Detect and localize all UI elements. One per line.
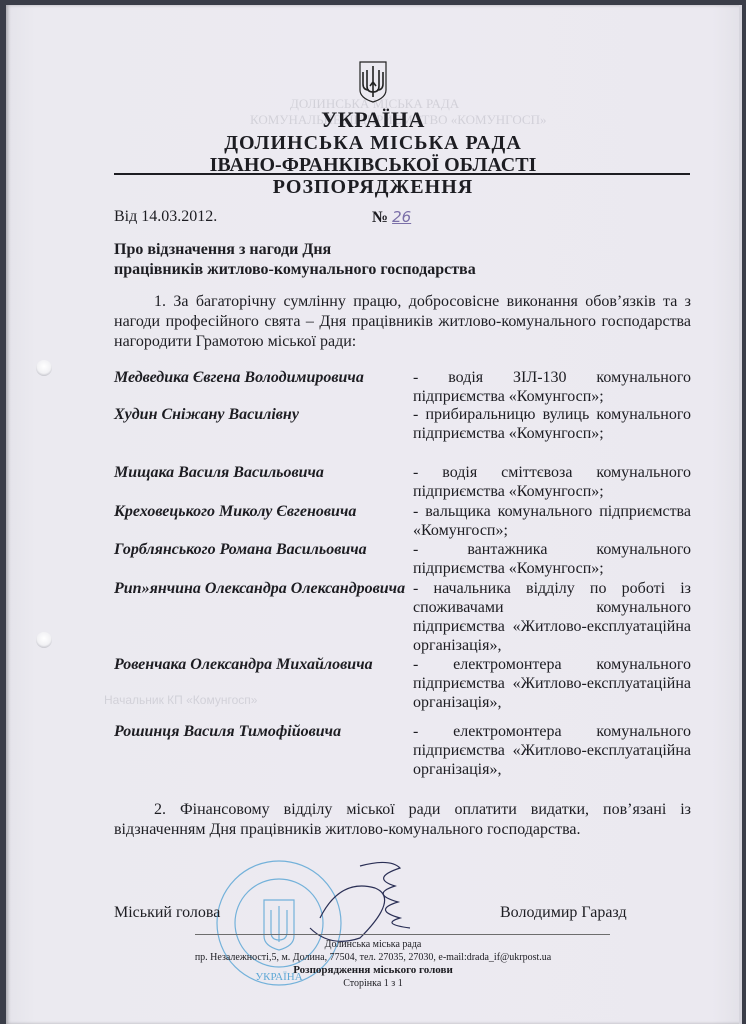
awardee-role: - вальщика комунального підприємства «Ко… (413, 502, 691, 540)
council-title: ДОЛИНСЬКА МІСЬКА РАДА (0, 132, 746, 154)
footer-doc-title: Розпорядження міського голови (0, 964, 746, 977)
awardee-name: Креховецького Миколу Євгеновича (114, 502, 356, 521)
paragraph-1: 1. За багаторічну сумлінну працю, доброс… (114, 292, 691, 352)
awardee-name: Рошинця Василя Тимофійовича (114, 722, 341, 741)
awardee-role: - прибиральницю вулиць комунального підп… (413, 405, 691, 443)
subject-line: працівників житлово-комунального господа… (114, 260, 476, 280)
document-subject: Про відзначення з нагоди Дня працівників… (114, 240, 476, 280)
awardee-role: - вантажника комунального підприємства «… (413, 540, 691, 578)
awardee-name: Медведика Євгена Володимировича (114, 368, 364, 387)
document-number: №26 (372, 208, 411, 227)
awardee-role: - електромонтера комунального підприємст… (413, 722, 691, 779)
awardee-role: - начальника відділу по роботі із спожив… (413, 579, 691, 655)
footer-org: Долинська міська рада (0, 938, 746, 951)
punch-hole-icon (36, 632, 52, 648)
signatory-title: Міський голова (114, 904, 220, 922)
paragraph-1-text: 1. За багаторічну сумлінну працю, доброс… (114, 293, 691, 350)
awardee-name: Рип»янчина Олександра Олександровича (114, 579, 405, 598)
awardee-role: - водія ЗІЛ-130 комунального підприємств… (413, 368, 691, 406)
country-title: УКРАЇНА (0, 108, 746, 132)
awardee-name: Худин Сніжану Василівну (114, 405, 299, 424)
punch-hole-icon (36, 360, 52, 376)
bleed-through-text: Начальник КП «Комунгосп» (104, 693, 257, 707)
awardee-name: Ровенчака Олександра Михайловича (114, 655, 373, 674)
paragraph-2: 2. Фінансовому відділу міської ради опла… (114, 800, 691, 840)
footer-address: пр. Незалежності,5, м. Долина, 77504, те… (0, 951, 746, 964)
document-type-title: РОЗПОРЯДЖЕННЯ (0, 176, 746, 199)
number-value: 26 (392, 208, 411, 226)
document-header: УКРАЇНА ДОЛИНСЬКА МІСЬКА РАДА ІВАНО-ФРАН… (0, 60, 746, 176)
subject-line: Про відзначення з нагоди Дня (114, 240, 476, 260)
paragraph-2-text: 2. Фінансовому відділу міської ради опла… (114, 801, 691, 838)
awardee-role: - водія сміттєвоза комунального підприєм… (413, 463, 691, 501)
awardee-name: Горблянського Романа Васильовича (114, 540, 367, 559)
footer-page-number: Сторінка 1 з 1 (0, 977, 746, 990)
awardee-role: - електромонтера комунального підприємст… (413, 655, 691, 712)
ukraine-trident-emblem-icon (358, 60, 388, 104)
document-date: Від 14.03.2012. (114, 208, 217, 226)
header-divider (114, 173, 690, 175)
footer-divider (195, 934, 610, 935)
awardee-name: Мищака Василя Васильовича (114, 463, 324, 482)
number-label: № (372, 209, 388, 226)
signatory-name: Володимир Гаразд (500, 904, 627, 922)
